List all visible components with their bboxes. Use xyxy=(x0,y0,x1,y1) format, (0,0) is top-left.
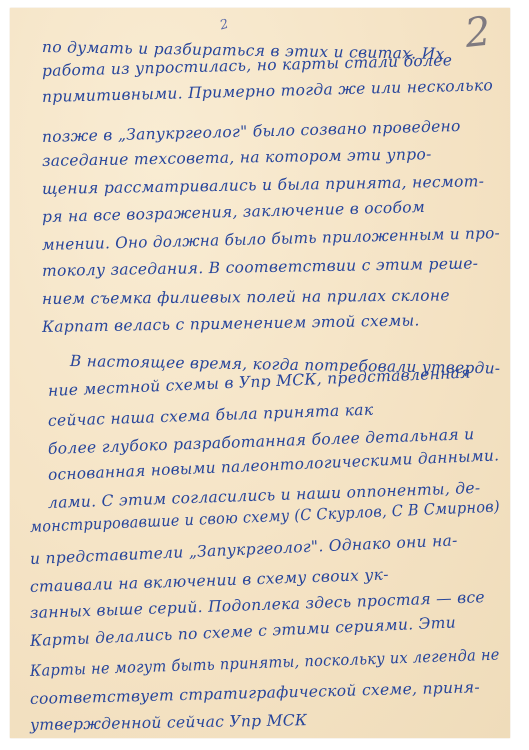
text-line: нием съемка филиевых полей на прилах скл… xyxy=(42,286,450,308)
page-number-corner: 2 xyxy=(463,8,507,56)
